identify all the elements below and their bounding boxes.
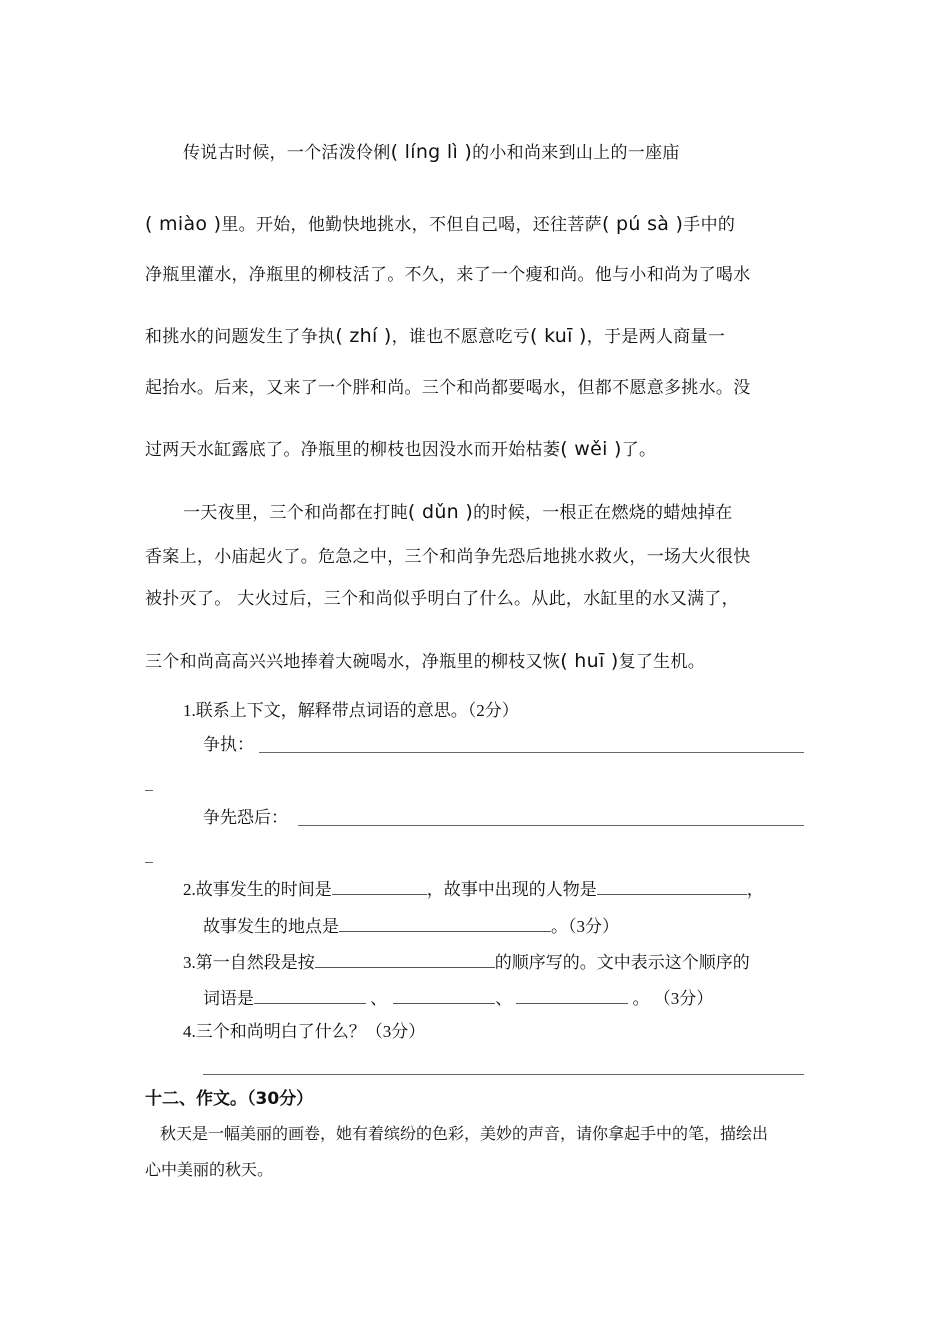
text: 传说古时候，一个活泼伶俐 [183,143,391,163]
text: 词语是 [203,989,254,1008]
question-3: 3.第一自然段是按的顺序写的。文中表示这个顺序的 [183,951,750,974]
section-heading: 十二、作文。（30分） [145,1088,313,1110]
pinyin: ( dǔn ) [408,501,473,523]
text: 过两天水缸露底了。净瓶里的柳枝也因没水而开始枯萎 [145,440,560,460]
pinyin: ( huī ) [560,650,618,672]
answer-line[interactable] [203,1074,804,1075]
text: 和挑水的问题发生了争执 [145,327,335,347]
text: 、 [366,989,387,1008]
composition-prompt: 心中美丽的秋天。 [145,1160,273,1182]
passage-line: 和挑水的问题发生了争执( zhí )，谁也不愿意吃亏( kuī )，于是两人商量… [145,325,725,348]
pinyin: ( pú sà ) [602,213,683,235]
blank-order[interactable] [315,951,495,968]
passage-line: 一天夜里，三个和尚都在打盹( dǔn )的时候，一根正在燃烧的蜡烛掉在 [183,501,733,524]
text: 的小和尚来到山上的一座庙 [472,143,680,163]
text: 里。开始，他勤快地挑水，不但自己喝，还往菩萨 [221,215,602,235]
text: 3.第一自然段是按 [183,953,315,972]
blank-place[interactable] [339,915,551,932]
text: 的顺序写的。文中表示这个顺序的 [495,953,750,972]
passage-line: ( miào )里。开始，他勤快地挑水，不但自己喝，还往菩萨( pú sà )手… [145,213,735,236]
passage-line: 过两天水缸露底了。净瓶里的柳枝也因没水而开始枯萎( wěi )了。 [145,438,656,461]
pinyin: ( zhí ) [335,325,391,347]
blank-word-1[interactable] [254,987,366,1004]
text: 三个和尚高高兴兴地捧着大碗喝水，净瓶里的柳枝又恢 [145,652,560,672]
text: 的时候，一根正在燃烧的蜡烛掉在 [473,503,733,523]
question-4-prompt: 4.三个和尚明白了什么？（3分） [183,1021,425,1043]
text: 。 （3分） [628,989,713,1008]
pinyin: ( líng lì ) [391,141,472,163]
text: 复了生机。 [619,652,706,672]
text: 、 [495,989,512,1008]
blank-characters[interactable] [597,878,747,895]
question-1-prompt: 1.联系上下文，解释带点词语的意思。（2分） [183,700,519,722]
composition-prompt: 秋天是一幅美丽的画卷，她有着缤纷的色彩，美妙的声音，请你拿起手中的笔，描绘出 [160,1124,768,1146]
blank-word-2[interactable] [393,987,495,1004]
question-2: 2.故事发生的时间是，故事中出现的人物是， [183,878,764,901]
text: 2.故事发生的时间是 [183,880,332,899]
pinyin: ( kuī ) [530,325,587,347]
text: ， [747,880,764,899]
passage-line: 起抬水。后来，又来了一个胖和尚。三个和尚都要喝水，但都不愿意多挑水。没 [145,377,751,399]
blank-time[interactable] [332,878,427,895]
pinyin: ( wěi ) [560,438,622,460]
passage-line: 净瓶里灌水，净瓶里的柳枝活了。不久，来了一个瘦和尚。他与小和尚为了喝水 [145,264,751,286]
text: 。（3分） [551,917,619,936]
text: ，谁也不愿意吃亏 [392,327,530,347]
passage-line: 被扑灭了。 大火过后，三个和尚似乎明白了什么。从此，水缸里的水又满了， [145,588,739,610]
answer-line[interactable] [298,825,804,826]
answer-line-overflow [145,862,153,863]
pinyin: ( miào ) [145,213,221,235]
text: 手中的 [683,215,735,235]
question-2-line2: 故事发生的地点是。（3分） [203,915,619,938]
text: 了。 [622,440,657,460]
question-3-line2: 词语是 、、 。 （3分） [203,987,713,1010]
question-1-item-label: 争先恐后： [203,807,288,829]
blank-word-3[interactable] [516,987,628,1004]
answer-line[interactable] [259,752,804,753]
passage-line: 三个和尚高高兴兴地捧着大碗喝水，净瓶里的柳枝又恢( huī )复了生机。 [145,650,705,673]
passage-line: 传说古时候，一个活泼伶俐( líng lì )的小和尚来到山上的一座庙 [183,141,680,164]
text: ，于是两人商量一 [587,327,725,347]
answer-line-overflow [145,790,153,791]
text: 一天夜里，三个和尚都在打盹 [183,503,408,523]
text: ，故事中出现的人物是 [427,880,597,899]
text: 故事发生的地点是 [203,917,339,936]
question-1-item-label: 争执： [203,734,254,756]
passage-line: 香案上，小庙起火了。危急之中，三个和尚争先恐后地挑水救火，一场大火很快 [145,546,751,568]
